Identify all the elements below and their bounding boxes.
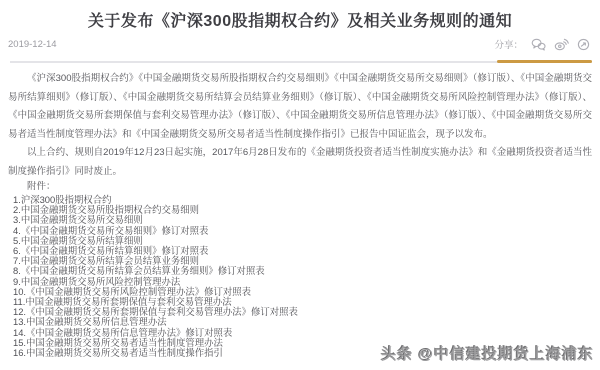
notice-page: 关于发布《沪深300股指期权合约》及相关业务规则的通知 2019-12-14 分… [0, 0, 600, 370]
meta-row: 2019-12-14 分享： [8, 37, 590, 52]
toutiao-watermark: 头条 @中信建投期货上海浦东 [381, 343, 594, 364]
body-paragraph: 以上合约、规则自2019年12月23日起实施，2017年6月28日发布的《金融期… [8, 144, 592, 181]
weibo-icon[interactable] [554, 38, 569, 51]
publish-date: 2019-12-14 [8, 39, 57, 50]
wechat-icon[interactable] [531, 38, 546, 51]
divider-accent [497, 60, 592, 63]
body-paragraph: 《沪深300股指期权合约》《中国金融期货交易所股指期权合约交易细则》《中国金融期… [8, 70, 592, 144]
attachments-list: 1.沪深300股指期权合约 2.中国金融期货交易所股指期权合约交易细则 3.中国… [8, 195, 592, 358]
attachments-label: 附件： [8, 181, 592, 193]
share-bar: 分享： [494, 37, 590, 51]
notice-body: 《沪深300股指期权合约》《中国金融期货交易所股指期权合约交易细则》《中国金融期… [8, 70, 592, 358]
header-divider [10, 61, 592, 63]
share-more-icon[interactable] [577, 38, 590, 51]
share-label: 分享： [494, 37, 523, 51]
page-title: 关于发布《沪深300股指期权合约》及相关业务规则的通知 [0, 0, 600, 32]
